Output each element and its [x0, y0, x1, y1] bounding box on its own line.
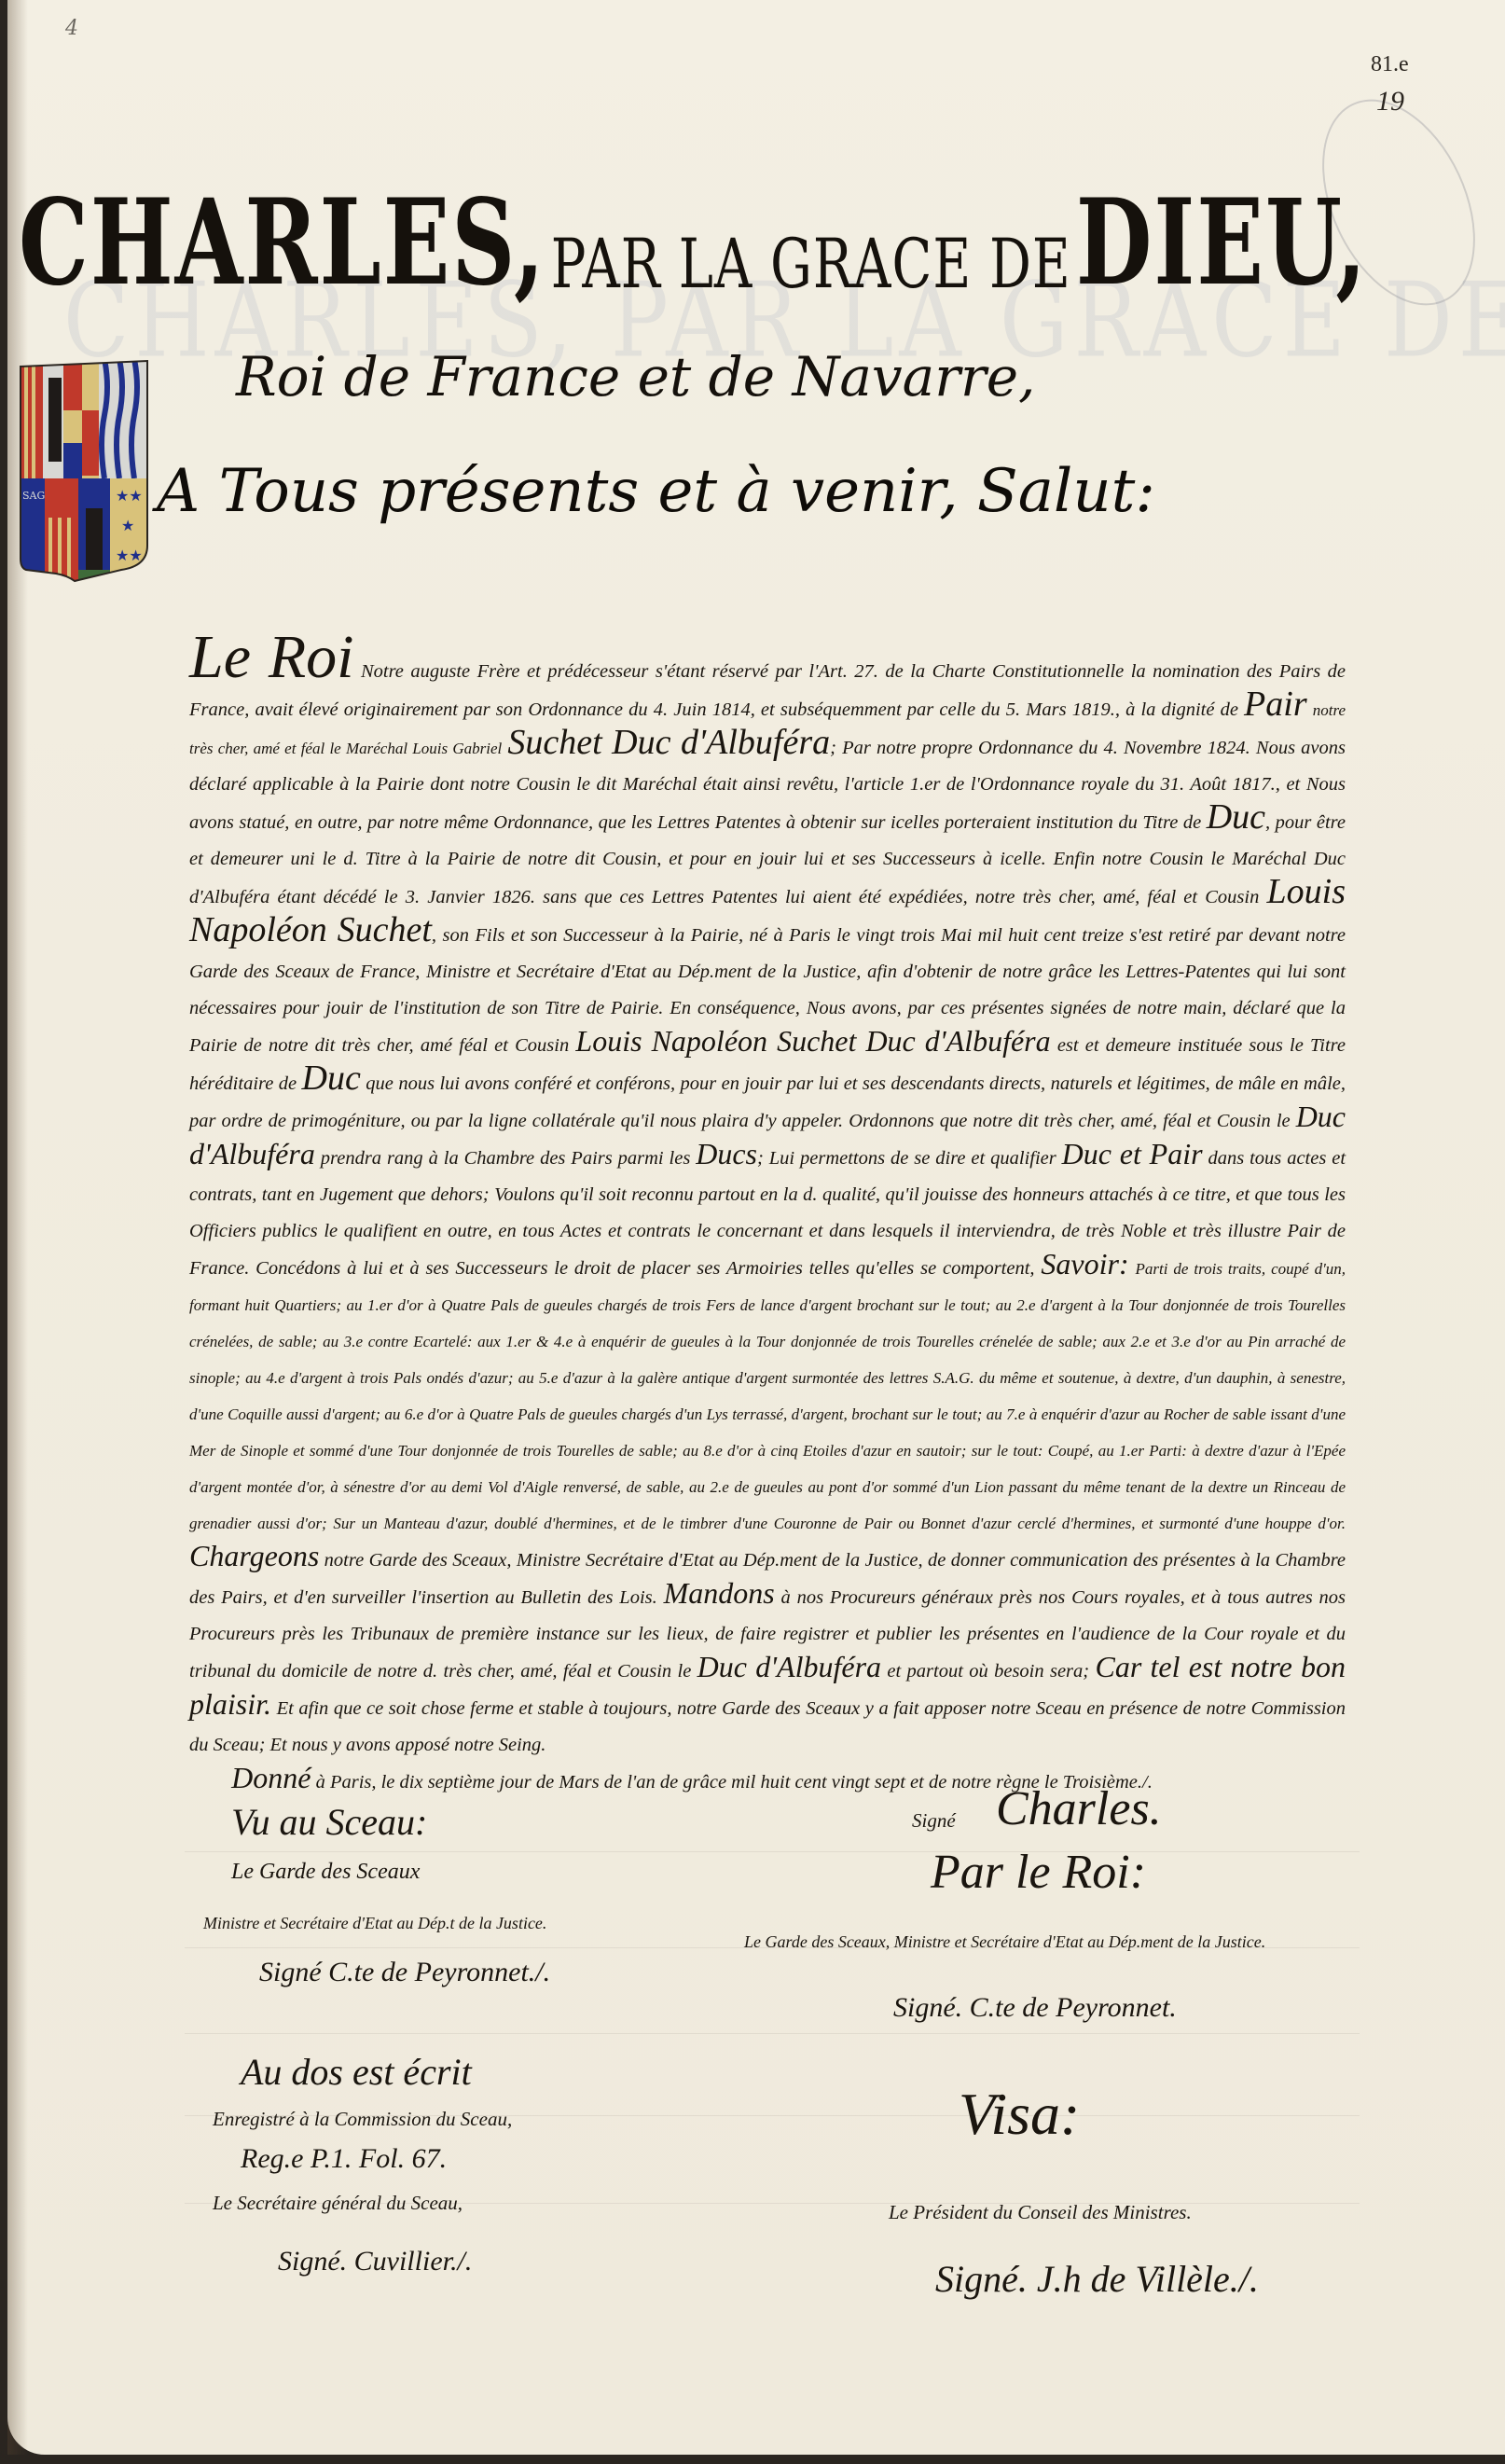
svg-text:SAG: SAG	[22, 490, 45, 502]
title-charles: CHARLES,	[19, 174, 546, 313]
signature-charles: Charles.	[996, 1781, 1162, 1836]
title-par-la-grace-de: PAR LA GRACE DE	[551, 226, 1071, 305]
ruled-line	[185, 1851, 1360, 1852]
emphasis-duc-et-pair: Duc et Pair	[1062, 1137, 1203, 1170]
blazon-text: Parti de trois traits, coupé d'un, forma…	[189, 1260, 1346, 1532]
body-paragraph: ; Lui permettons de se dire et qualifier	[757, 1148, 1056, 1169]
svg-text:★★: ★★	[116, 487, 143, 505]
emphasis-ducs: Ducs	[696, 1137, 757, 1170]
body-paragraph: Notre auguste Frère et prédécesseur s'ét…	[189, 661, 1346, 720]
garde-ministre-title: Le Garde des Sceaux, Ministre et Secréta…	[744, 1932, 1265, 1952]
emphasis-name-suchet: Suchet Duc d'Albuféra	[507, 723, 830, 762]
emphasis-chargeons: Chargeons	[189, 1539, 319, 1572]
emphasis-savoir: Savoir:	[1041, 1247, 1128, 1280]
visa-heading: Visa:	[959, 2080, 1080, 2149]
vu-au-sceau: Vu au Sceau:	[231, 1800, 427, 1844]
ministre-title: Ministre et Secrétaire d'Etat au Dép.t d…	[203, 1914, 546, 1933]
body-paragraph: que notre dit très cher, amé, féal et Co…	[940, 1111, 1291, 1131]
ruled-line	[185, 2033, 1360, 2034]
garde-des-sceaux: Le Garde des Sceaux	[231, 1860, 420, 1885]
body-paragraph: et partout où besoin sera;	[887, 1661, 1089, 1682]
body-paragraph: Et afin que ce soit chose ferme et stabl…	[189, 1698, 1346, 1755]
folio-number: 81.e	[1371, 52, 1409, 77]
pencil-margin-note: 4	[65, 17, 78, 40]
emphasis-donne: Donné	[231, 1761, 311, 1794]
emphasis-duc-albufera: Duc d'Albuféra	[697, 1650, 881, 1683]
title-dieu: DIEU,	[1076, 174, 1368, 313]
secretaire-general: Le Secrétaire général du Sceau,	[213, 2192, 463, 2215]
emphasis-pair: Pair	[1244, 685, 1307, 724]
body-paragraph: prendra rang à la Chambre des Pairs parm…	[321, 1148, 691, 1169]
coat-of-arms-icon: ★★ ★ ★★ SAG	[19, 359, 149, 583]
emphasis-mandons: Mandons	[664, 1576, 775, 1610]
president-conseil: Le Président du Conseil des Ministres.	[889, 2201, 1192, 2224]
signature-peyronnet: Signé C.te de Peyronnet./.	[259, 1957, 550, 1988]
document-page: CHARLES, PAR LA GRACE DE DIEU, 4 81.e 19…	[7, 0, 1505, 2455]
dropcap-le-roi: Le Roi	[189, 623, 354, 691]
folio-mark: 19	[1376, 86, 1404, 118]
svg-text:★★: ★★	[116, 547, 143, 564]
signature-cuvillier: Signé. Cuvillier./.	[278, 2246, 472, 2277]
svg-text:★: ★	[121, 517, 134, 534]
register-reference: Reg.e P.1. Fol. 67.	[241, 2143, 447, 2175]
emphasis-duc: Duc	[1207, 797, 1265, 837]
au-dos-est-ecrit: Au dos est écrit	[241, 2050, 472, 2094]
salutation: A Tous présents et à venir, Salut:	[157, 457, 1155, 526]
signature-peyronnet-right: Signé. C.te de Peyronnet.	[893, 1992, 1177, 2024]
page-title: CHARLES, PAR LA GRACE DE DIEU,	[19, 210, 1399, 312]
signature-villele: Signé. J.h de Villèle./.	[935, 2257, 1259, 2301]
emphasis-duc: Duc	[302, 1059, 361, 1098]
enregistre-note: Enregistré à la Commission du Sceau,	[213, 2108, 512, 2131]
emphasis-name-full: Louis Napoléon Suchet Duc d'Albuféra	[575, 1024, 1050, 1058]
par-le-roi: Par le Roi:	[931, 1845, 1146, 1900]
signe-label: Signé	[912, 1809, 956, 1833]
emphasis-ordonnons: Ordonnons	[849, 1111, 934, 1131]
letters-patent-body: Le Roi Notre auguste Frère et prédécesse…	[189, 644, 1346, 1801]
royal-subtitle: Roi de France et de Navarre,	[236, 345, 1035, 408]
